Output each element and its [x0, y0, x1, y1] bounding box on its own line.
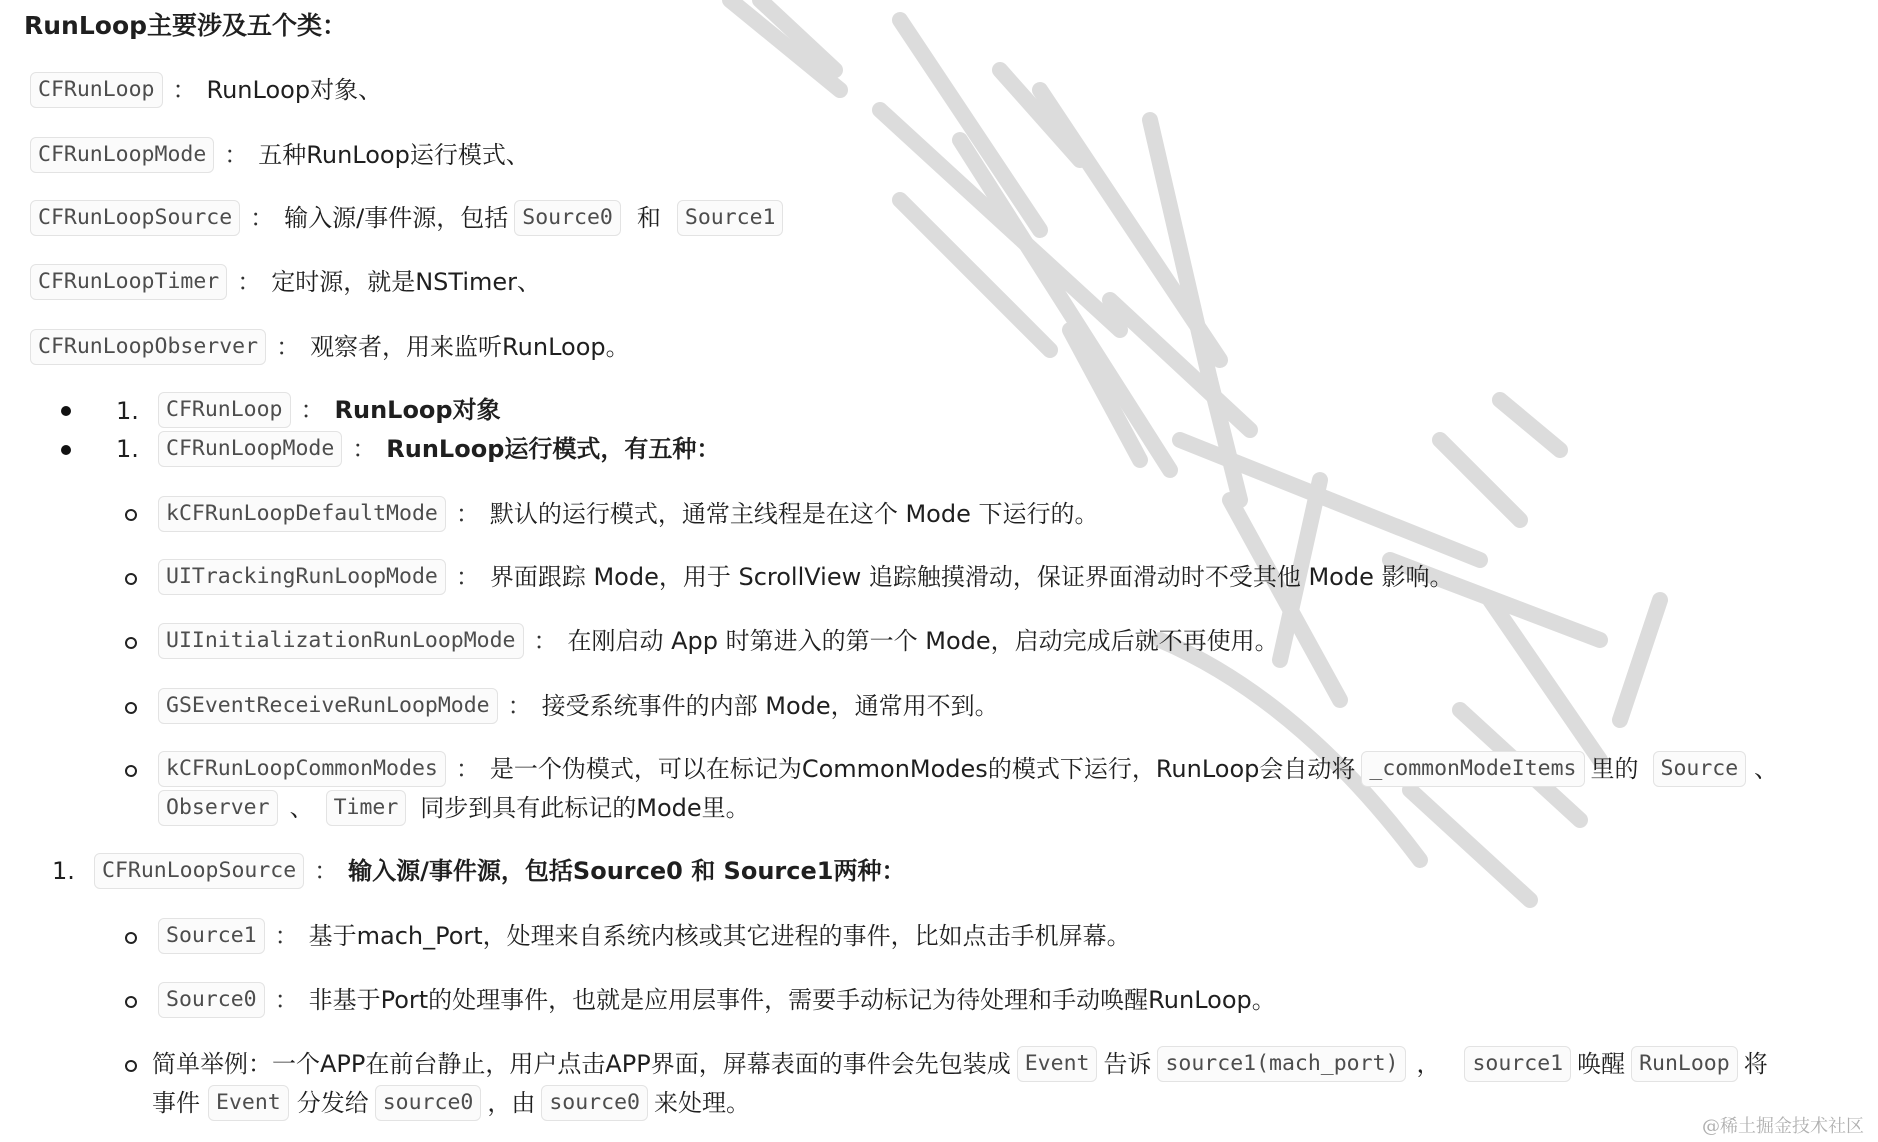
- source-description: 基于mach_Port，处理来自系统内核或其它进程的事件，比如点击手机屏幕。: [309, 918, 1131, 954]
- bullet-circle: [125, 932, 137, 944]
- watermark-credit: @稀土掘金技术社区: [1702, 1112, 1864, 1138]
- class-description: 输入源/事件源，包括: [284, 200, 508, 236]
- bullet-line-cfrunloop: CFRunLoop ： RunLoop对象: [158, 392, 501, 428]
- bullet-disc: [61, 406, 71, 416]
- example-text: 唤醒: [1577, 1046, 1625, 1082]
- example-text: ，: [1416, 1046, 1440, 1082]
- class-line-cfrunloop: CFRunLoop ： RunLoop对象、: [30, 72, 382, 108]
- mode-description: 同步到具有此标记的Mode里。: [420, 790, 749, 826]
- code-chip: source0: [541, 1085, 648, 1121]
- mode-description: 接受系统事件的内部 Mode，通常用不到。: [542, 688, 999, 724]
- colon-separator: ：: [250, 200, 274, 236]
- code-chip: kCFRunLoopCommonModes: [158, 751, 446, 787]
- mode-description: 、: [290, 790, 314, 826]
- mode-item-common: kCFRunLoopCommonModes ： 是一个伪模式，可以在标记为Com…: [158, 751, 1778, 787]
- conjunction-text: 和: [637, 200, 661, 236]
- example-text: 分发给: [297, 1085, 369, 1121]
- list-number: 1.: [116, 431, 139, 467]
- colon-separator: ：: [237, 264, 261, 300]
- code-chip: CFRunLoopMode: [30, 137, 214, 173]
- class-line-cfrunlooptimer: CFRunLoopTimer ： 定时源，就是NSTimer、: [30, 264, 541, 300]
- colon-separator: ：: [275, 982, 299, 1018]
- mode-description: 里的: [1591, 751, 1639, 787]
- colon-separator: ：: [456, 559, 480, 595]
- colon-separator: ：: [456, 751, 480, 787]
- code-chip: Source1: [158, 918, 265, 954]
- code-chip: CFRunLoop: [158, 392, 291, 428]
- class-line-cfrunloopsource: CFRunLoopSource ： 输入源/事件源，包括 Source0 和 S…: [30, 200, 783, 236]
- source-section-heading: 输入源/事件源，包括Source0 和 Source1两种：: [348, 853, 905, 889]
- mode-item-initialization: UIInitializationRunLoopMode ： 在刚启动 App 时…: [158, 623, 1279, 659]
- class-description: 观察者，用来监听RunLoop。: [310, 329, 630, 365]
- code-chip: source1: [1464, 1046, 1571, 1082]
- example-text: 将: [1744, 1046, 1768, 1082]
- code-chip: CFRunLoopSource: [94, 853, 304, 889]
- list-number: 1.: [116, 393, 139, 429]
- code-chip: Observer: [158, 790, 278, 826]
- code-chip: Event: [208, 1085, 289, 1121]
- colon-separator: ：: [534, 623, 558, 659]
- class-description: RunLoop对象、: [207, 72, 383, 108]
- colon-separator: ：: [173, 72, 197, 108]
- class-line-cfrunloopobserver: CFRunLoopObserver ： 观察者，用来监听RunLoop。: [30, 329, 630, 365]
- mode-item-tracking: UITrackingRunLoopMode ： 界面跟踪 Mode，用于 Scr…: [158, 559, 1454, 595]
- code-chip: CFRunLoopTimer: [30, 264, 227, 300]
- code-chip: RunLoop: [1631, 1046, 1738, 1082]
- colon-separator: ：: [314, 853, 338, 889]
- code-chip: source0: [375, 1085, 482, 1121]
- bullet-circle: [125, 996, 137, 1008]
- code-chip: Source0: [514, 200, 621, 236]
- mode-description: 默认的运行模式，通常主线程是在这个 Mode 下运行的。: [490, 496, 1099, 532]
- bullet-circle: [125, 573, 137, 585]
- mode-item-default: kCFRunLoopDefaultMode ： 默认的运行模式，通常主线程是在这…: [158, 496, 1098, 532]
- code-chip: CFRunLoopSource: [30, 200, 240, 236]
- colon-separator: ：: [275, 918, 299, 954]
- colon-separator: ：: [352, 431, 376, 467]
- mode-item-common-continued: Observer 、 Timer 同步到具有此标记的Mode里。: [158, 790, 750, 826]
- bullet-circle: [125, 702, 137, 714]
- code-chip: Timer: [326, 790, 407, 826]
- section-heading: RunLoop主要涉及五个类：: [24, 8, 347, 44]
- example-text: 事件: [152, 1085, 200, 1121]
- code-chip: Source1: [677, 200, 784, 236]
- class-line-cfrunloopmode: CFRunLoopMode ： 五种RunLoop运行模式、: [30, 137, 530, 173]
- code-chip: UITrackingRunLoopMode: [158, 559, 446, 595]
- colon-separator: ：: [224, 137, 248, 173]
- source-item-source1: Source1 ： 基于mach_Port，处理来自系统内核或其它进程的事件，比…: [158, 918, 1131, 954]
- code-chip: Source: [1653, 751, 1747, 787]
- code-chip: _commonModeItems: [1361, 751, 1584, 787]
- code-chip: source1(mach_port): [1157, 1046, 1406, 1082]
- source-section-title: CFRunLoopSource ： 输入源/事件源，包括Source0 和 So…: [94, 853, 905, 889]
- colon-separator: ：: [456, 496, 480, 532]
- bullet-title: RunLoop运行模式，有五种：: [386, 431, 720, 467]
- bullet-circle: [125, 765, 137, 777]
- bullet-circle: [125, 1060, 137, 1072]
- class-description: 定时源，就是NSTimer、: [271, 264, 541, 300]
- example-text: 简单举例：一个APP在前台静止，用户点击APP界面，屏幕表面的事件会先包装成: [152, 1046, 1011, 1082]
- mode-description: 界面跟踪 Mode，用于 ScrollView 追踪触摸滑动，保证界面滑动时不受…: [490, 559, 1454, 595]
- example-text: ，由: [487, 1085, 535, 1121]
- class-description: 五种RunLoop运行模式、: [258, 137, 530, 173]
- list-number: 1.: [52, 853, 75, 889]
- code-chip: CFRunLoop: [30, 72, 163, 108]
- mode-item-gsevent: GSEventReceiveRunLoopMode ： 接受系统事件的内部 Mo…: [158, 688, 999, 724]
- code-chip: Event: [1017, 1046, 1098, 1082]
- bullet-disc: [61, 445, 71, 455]
- mode-description: 在刚启动 App 时第进入的第一个 Mode，启动完成后就不再使用。: [568, 623, 1279, 659]
- example-line-1: 简单举例：一个APP在前台静止，用户点击APP界面，屏幕表面的事件会先包装成 E…: [152, 1046, 1768, 1082]
- colon-separator: ：: [301, 392, 325, 428]
- mode-description: 是一个伪模式，可以在标记为CommonModes的模式下运行，RunLoop会自…: [490, 751, 1356, 787]
- code-chip: UIInitializationRunLoopMode: [158, 623, 524, 659]
- mode-description: 、: [1754, 751, 1778, 787]
- code-chip: CFRunLoopMode: [158, 431, 342, 467]
- colon-separator: ：: [508, 688, 532, 724]
- bullet-circle: [125, 509, 137, 521]
- code-chip: Source0: [158, 982, 265, 1018]
- example-line-2: 事件 Event 分发给 source0 ，由 source0 来处理。: [152, 1085, 750, 1121]
- code-chip: GSEventReceiveRunLoopMode: [158, 688, 498, 724]
- code-chip: CFRunLoopObserver: [30, 329, 266, 365]
- example-text: 告诉: [1103, 1046, 1151, 1082]
- bullet-line-cfrunloopmode: CFRunLoopMode ： RunLoop运行模式，有五种：: [158, 431, 720, 467]
- bullet-circle: [125, 637, 137, 649]
- source-description: 非基于Port的处理事件，也就是应用层事件，需要手动标记为待处理和手动唤醒Run…: [309, 982, 1276, 1018]
- source-item-source0: Source0 ： 非基于Port的处理事件，也就是应用层事件，需要手动标记为待…: [158, 982, 1276, 1018]
- colon-separator: ：: [276, 329, 300, 365]
- code-chip: kCFRunLoopDefaultMode: [158, 496, 446, 532]
- example-text: 来处理。: [654, 1085, 750, 1121]
- bullet-title: RunLoop对象: [335, 392, 501, 428]
